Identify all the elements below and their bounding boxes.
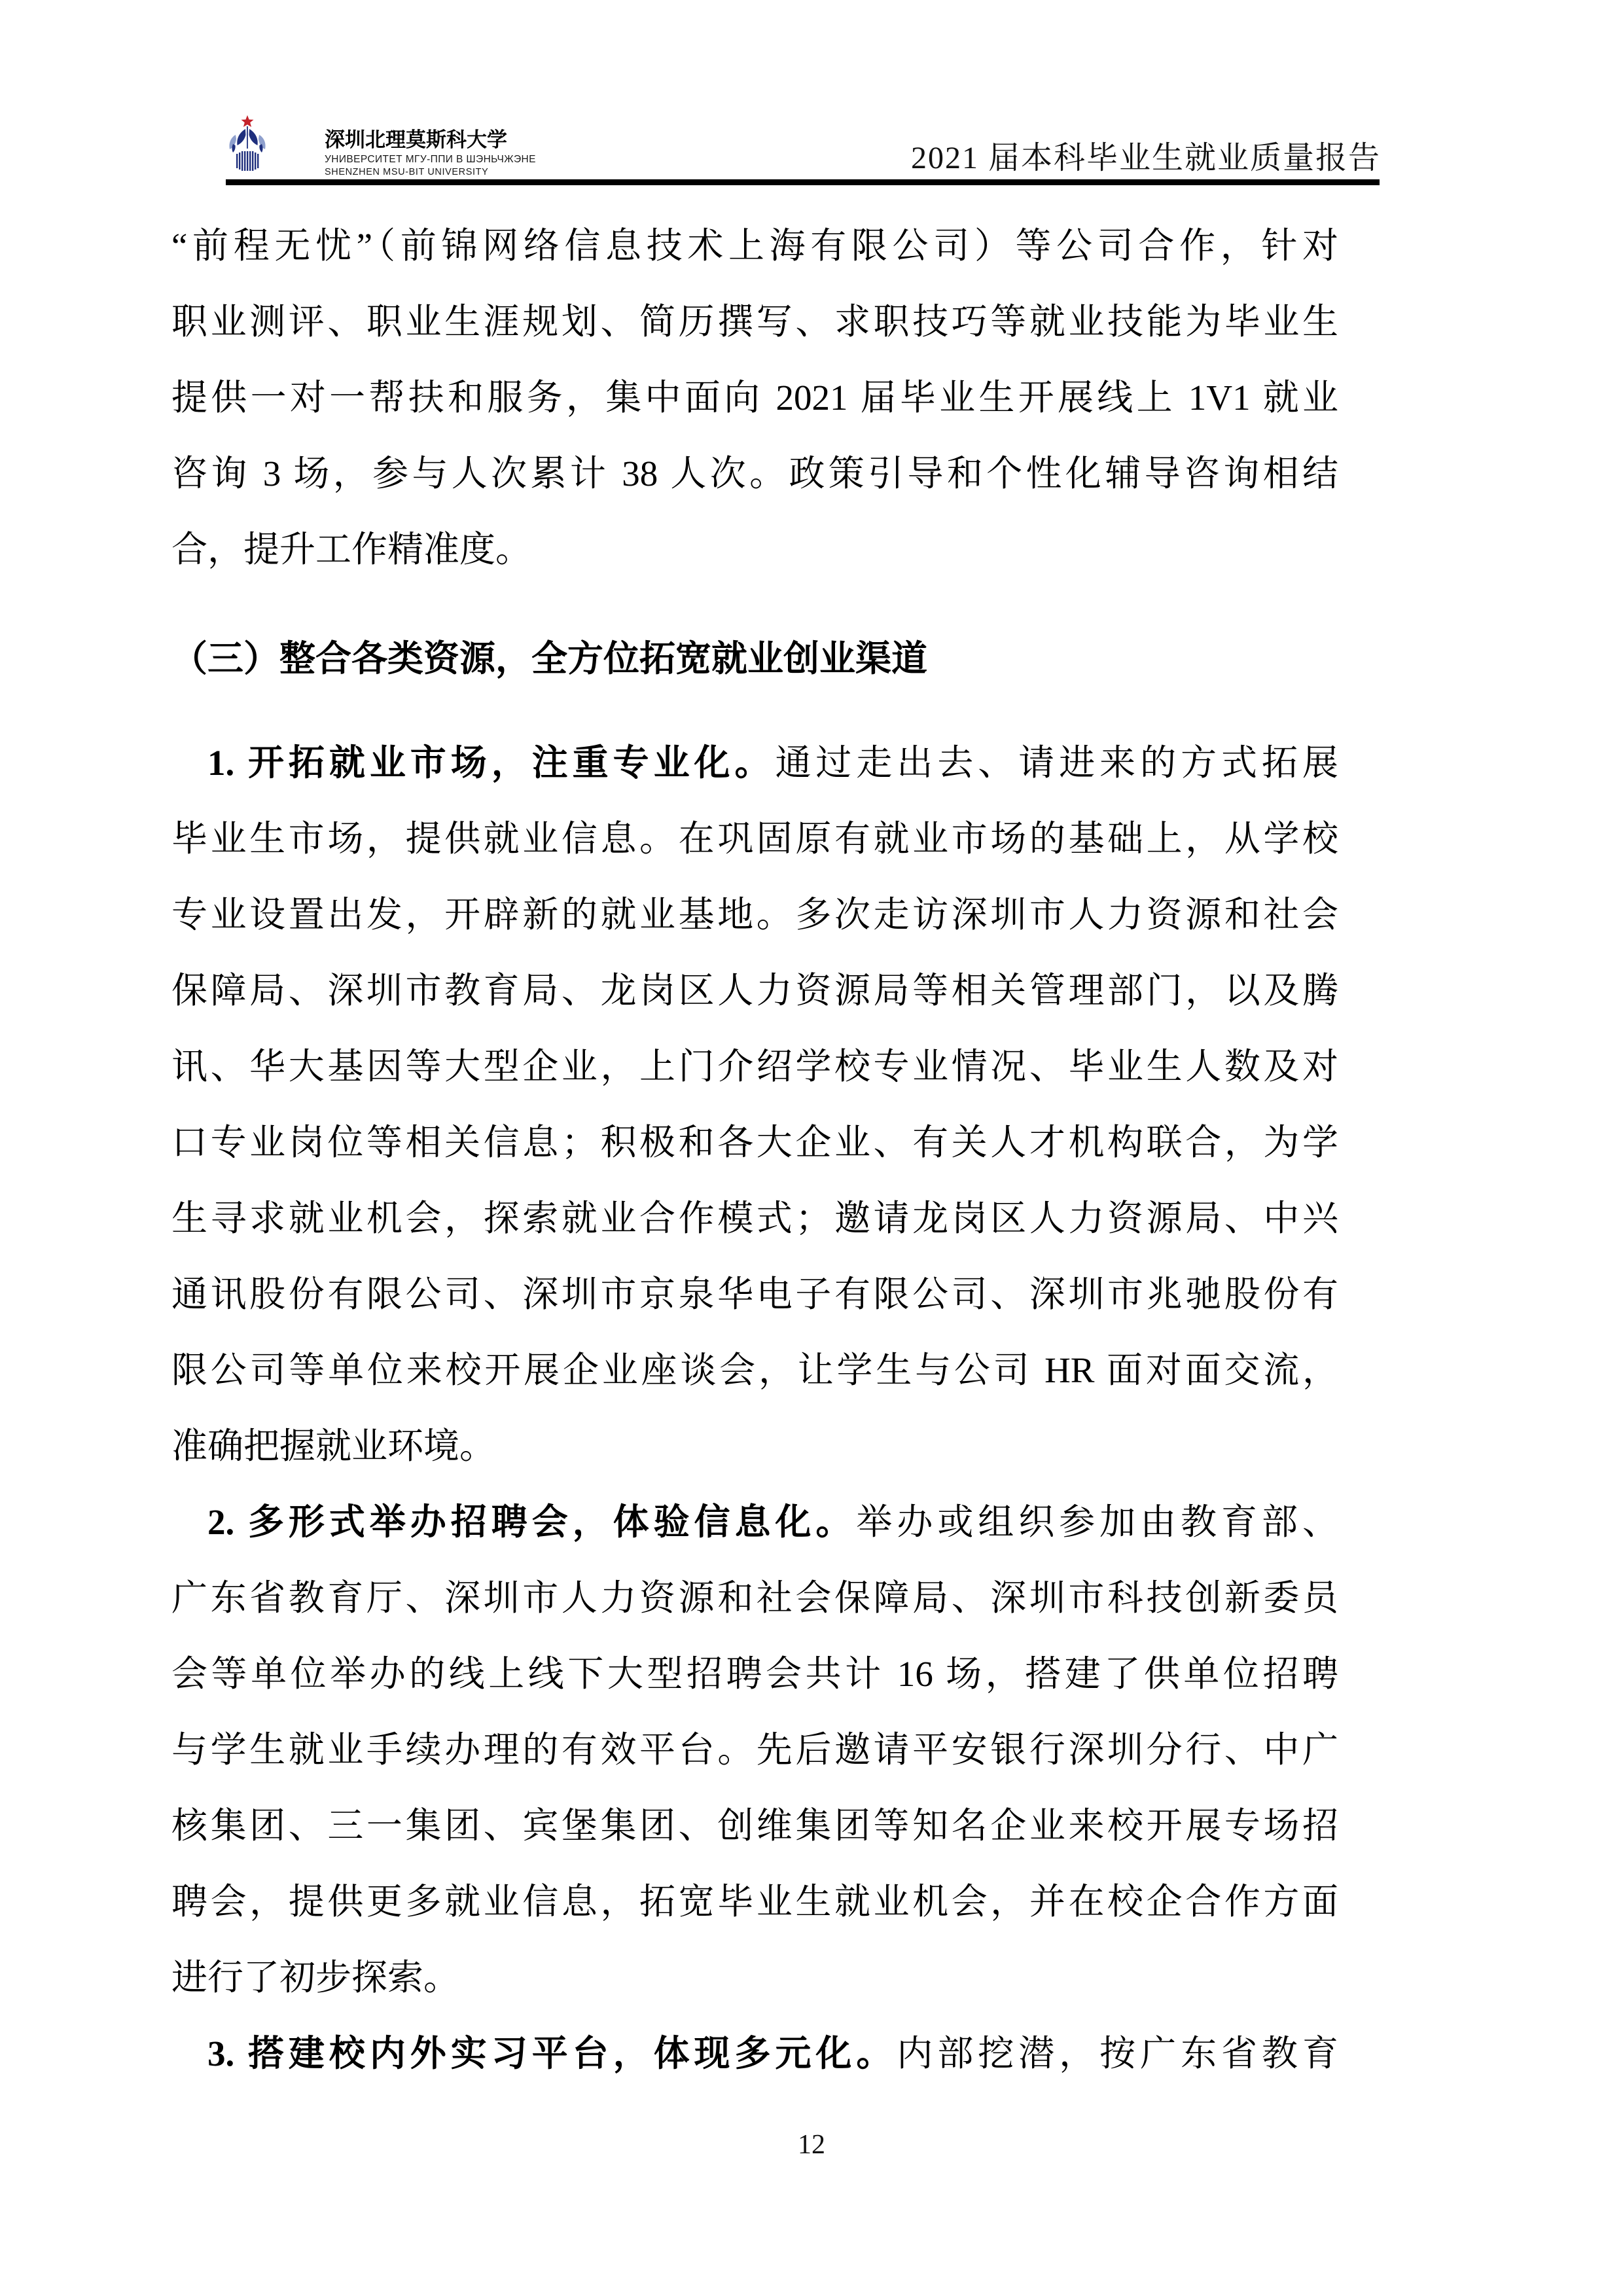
header-rule [226, 179, 1380, 185]
text-line: 进行了初步探索。 [171, 1940, 1338, 2016]
text-line: 口专业岗位等相关信息；积极和各大企业、有关人才机构联合，为学 [171, 1105, 1338, 1181]
text-line: 3. 搭建校内外实习平台，体现多元化。内部挖潜，按广东省教育 [171, 2016, 1338, 2092]
text-line: （三）整合各类资源，全方位拓宽就业创业渠道 [171, 621, 1338, 697]
star-icon [241, 115, 254, 127]
text-line: 提供一对一帮扶和服务，集中面向 2021 届毕业生开展线上 1V1 就业 [171, 360, 1338, 436]
text-line: 毕业生市场，提供就业信息。在巩固原有就业市场的基础上，从学校 [171, 801, 1338, 877]
text-line: 1. 开拓就业市场，注重专业化。通过走出去、请进来的方式拓展 [171, 725, 1338, 801]
university-logo-emblem [228, 115, 267, 172]
text-line: 会等单位举办的线上线下大型招聘会共计 16 场，搭建了供单位招聘 [171, 1636, 1338, 1712]
text-line: 聘会，提供更多就业信息，拓宽毕业生就业机会，并在校企合作方面 [171, 1864, 1338, 1940]
report-header-title: 2021 届本科毕业生就业质量报告 [911, 142, 1381, 175]
text-line: 讯、华大基因等大型企业，上门介绍学校专业情况、毕业生人数及对 [171, 1029, 1338, 1105]
university-logo-text: 深圳北理莫斯科大学 УНИВЕРСИТЕТ МГУ-ППИ В ШЭНЬЧЖЭН… [325, 130, 536, 177]
paragraph: 3. 搭建校内外实习平台，体现多元化。内部挖潜，按广东省教育 [171, 2016, 1338, 2092]
text-line: 职业测评、职业生涯规划、简历撰写、求职技巧等就业技能为毕业生 [171, 284, 1338, 360]
university-emblem-icon [228, 115, 267, 172]
page: { "header": { "logo": { "cn": "深圳北理莫斯科大学… [0, 0, 1623, 2296]
text-line: 限公司等单位来校开展企业座谈会，让学生与公司 HR 面对面交流， [171, 1333, 1338, 1408]
university-name-en: SHENZHEN MSU-BIT UNIVERSITY [325, 168, 536, 177]
text-line: 咨询 3 场，参与人次累计 38 人次。政策引导和个性化辅导咨询相结 [171, 436, 1338, 512]
paragraph: “前程无忧”（前锦网络信息技术上海有限公司）等公司合作，针对职业测评、职业生涯规… [171, 208, 1338, 588]
text-line: 准确把握就业环境。 [171, 1408, 1338, 1484]
text-line: 合，提升工作精准度。 [171, 512, 1338, 588]
text-line: 广东省教育厅、深圳市人力资源和社会保障局、深圳市科技创新委员 [171, 1560, 1338, 1636]
paragraph: 1. 开拓就业市场，注重专业化。通过走出去、请进来的方式拓展毕业生市场，提供就业… [171, 725, 1338, 1484]
text-line: 通讯股份有限公司、深圳市京泉华电子有限公司、深圳市兆驰股份有 [171, 1257, 1338, 1333]
university-name-ru: УНИВЕРСИТЕТ МГУ-ППИ В ШЭНЬЧЖЭНЕ [325, 154, 536, 165]
text-line: 生寻求就业机会，探索就业合作模式；邀请龙岗区人力资源局、中兴 [171, 1181, 1338, 1257]
text-line: 2. 多形式举办招聘会，体验信息化。举办或组织参加由教育部、 [171, 1484, 1338, 1560]
section-heading: （三）整合各类资源，全方位拓宽就业创业渠道 [171, 621, 1338, 697]
text-line: “前程无忧”（前锦网络信息技术上海有限公司）等公司合作，针对 [171, 208, 1338, 284]
text-line: 与学生就业手续办理的有效平台。先后邀请平安银行深圳分行、中广 [171, 1712, 1338, 1788]
page-number: 12 [0, 2131, 1623, 2159]
text-line: 核集团、三一集团、宾堡集团、创维集团等知名企业来校开展专场招 [171, 1788, 1338, 1864]
university-name-cn: 深圳北理莫斯科大学 [325, 130, 536, 150]
paragraph: 2. 多形式举办招聘会，体验信息化。举办或组织参加由教育部、广东省教育厅、深圳市… [171, 1484, 1338, 2016]
text-line: 保障局、深圳市教育局、龙岗区人力资源局等相关管理部门，以及腾 [171, 953, 1338, 1029]
text-line: 专业设置出发，开辟新的就业基地。多次走访深圳市人力资源和社会 [171, 877, 1338, 953]
document-body: “前程无忧”（前锦网络信息技术上海有限公司）等公司合作，针对职业测评、职业生涯规… [171, 208, 1338, 2092]
